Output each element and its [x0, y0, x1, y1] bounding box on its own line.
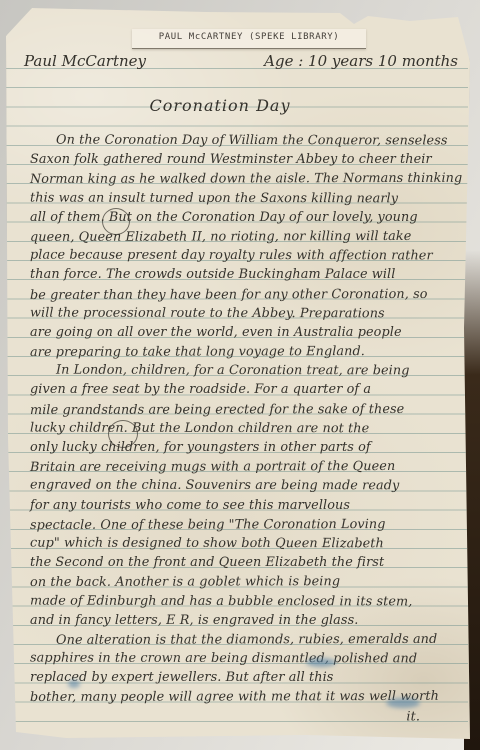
ink-smudge	[386, 698, 420, 708]
essay-line: lucky children. But the London children …	[30, 418, 462, 438]
essay-line: Norman king as he walked down the aisle.…	[30, 169, 462, 189]
page-header: Paul McCartney Age : 10 years 10 months	[6, 52, 470, 72]
photograph-of-manuscript: PAUL McCARTNEY (SPEKE LIBRARY) Paul McCa…	[0, 0, 480, 750]
essay-line: replaced by expert jewellers. But after …	[30, 668, 462, 687]
essay-line: only lucky children, for youngsters in o…	[30, 438, 462, 457]
essay-line: mile grandstands are being erected for t…	[30, 399, 462, 419]
correction-circle	[108, 420, 138, 448]
manuscript-page: PAUL McCARTNEY (SPEKE LIBRARY) Paul McCa…	[6, 8, 470, 740]
essay-line: On the Coronation Day of William the Con…	[30, 131, 462, 151]
archive-label: PAUL McCARTNEY (SPEKE LIBRARY)	[132, 29, 366, 49]
essay-line: are preparing to take that long voyage t…	[30, 342, 462, 362]
essay-line: the Second on the front and Queen Elizab…	[30, 553, 462, 572]
essay-line: this was an insult turned upon the Saxon…	[30, 188, 462, 208]
essay-line: queen, Queen Elizabeth II, no rioting, n…	[30, 227, 462, 247]
essay-line: sapphires in the crown are being dismant…	[30, 649, 462, 669]
essay-line: cup" which is designed to show both Quee…	[30, 533, 462, 553]
essay-line: Britain are receiving mugs with a portra…	[30, 457, 462, 477]
essay-line: engraved on the china. Souvenirs are bei…	[30, 476, 462, 496]
essay-line: than force. The crowds outside Buckingha…	[30, 265, 462, 284]
ink-smudge	[68, 680, 80, 688]
essay-line: for any tourists who come to see this ma…	[30, 496, 462, 515]
essay-line: are going on all over the world, even in…	[30, 323, 462, 342]
essay-line: will the processional route to the Abbey…	[30, 303, 462, 323]
essay-body: On the Coronation Day of William the Con…	[30, 131, 462, 726]
essay-line: In London, children, for a Coronation tr…	[30, 361, 462, 381]
essay-line: One alteration is that the diamonds, rub…	[30, 630, 462, 650]
essay-line: spectacle. One of these being "The Coron…	[30, 515, 462, 535]
essay-line: all of them. But on the Coronation Day o…	[30, 208, 462, 227]
correction-circle	[102, 208, 130, 235]
writer-age: Age : 10 years 10 months	[264, 52, 458, 72]
essay-line: be greater than they have been for any o…	[30, 284, 462, 304]
essay-title: Coronation Day	[0, 96, 452, 115]
essay-line: on the back. Another is a goblet which i…	[30, 572, 462, 592]
essay-line: given a free seat by the roadside. For a…	[30, 380, 462, 399]
essay-line: made of Edinburgh and has a bubble enclo…	[30, 591, 462, 611]
essay-line: and in fancy letters, E R, is engraved i…	[30, 611, 462, 630]
writer-name: Paul McCartney	[24, 52, 146, 72]
ink-smudge	[306, 658, 336, 667]
essay-line: Saxon folk gathered round Westminster Ab…	[30, 150, 462, 169]
essay-line: place because present day royalty rules …	[30, 246, 462, 266]
essay-line: it.	[30, 706, 462, 726]
